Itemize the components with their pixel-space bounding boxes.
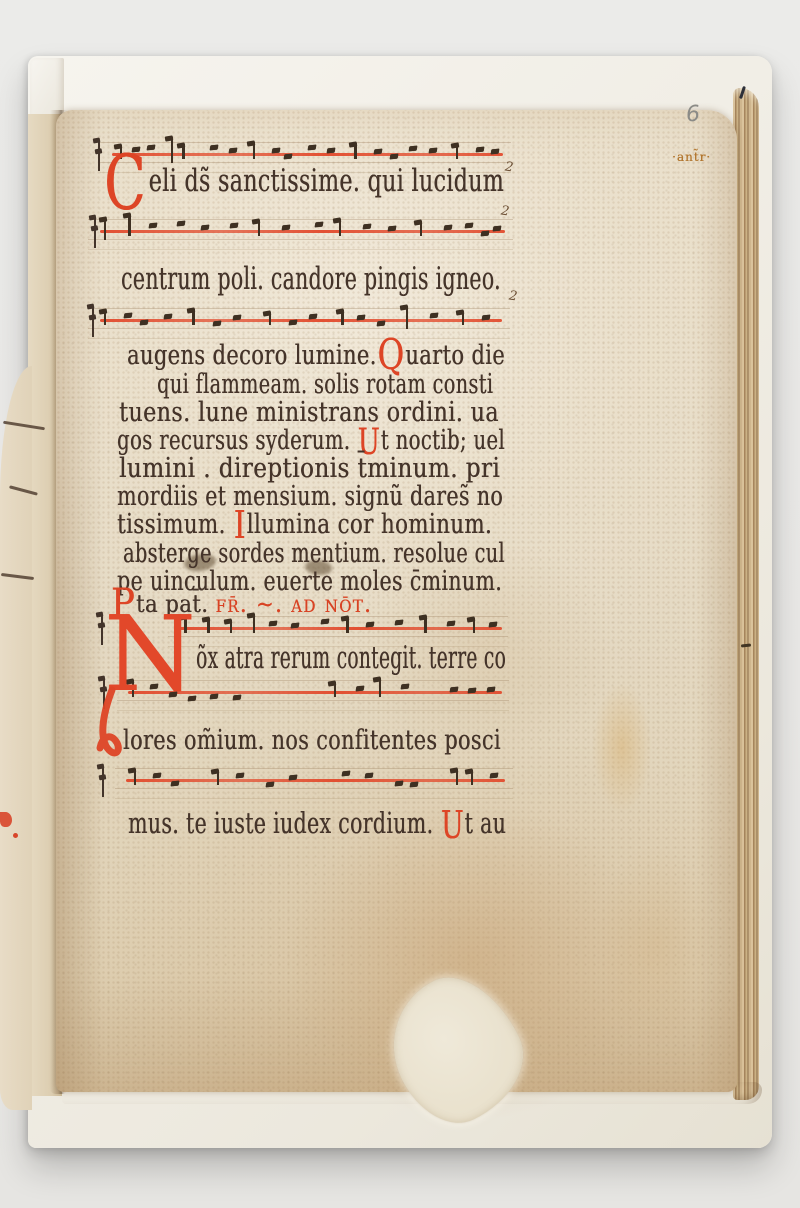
neume-punctum [409, 146, 418, 152]
neume-punctum [177, 221, 186, 227]
gothic-text: lores om̃ium. nos confitentes posci [123, 725, 501, 756]
neume-virga [341, 310, 343, 325]
neume-punctum [363, 224, 372, 230]
ruling-line [88, 308, 510, 309]
neume-punctum [152, 773, 161, 779]
text-line: mordiis et mensium. signũ dares̃ no [117, 481, 503, 512]
neume-virga [171, 137, 173, 163]
neume-punctum [487, 687, 496, 693]
fore-edge-ink-mark [739, 86, 746, 99]
gothic-text: eli ds̃ sanctissime. qui lucidum [149, 163, 504, 199]
gothic-text: llumina cor hominum. [247, 509, 492, 540]
neume-punctum [140, 320, 149, 326]
neume-virga [456, 769, 458, 785]
neume-punctum [314, 222, 323, 228]
neume-punctum [307, 145, 316, 151]
neume-punctum [289, 320, 298, 326]
gothic-text: absterge sordes mentium. resolue cul [123, 538, 505, 569]
neume-virga [253, 142, 255, 159]
custos-mark: 2 [508, 288, 518, 304]
ruling-line [115, 788, 513, 789]
text-line: mus. te iuste iudex cordium. Ut au [128, 806, 506, 840]
neume-virga [424, 616, 426, 633]
neume-virga [339, 219, 341, 236]
neume-punctum [171, 781, 180, 787]
rubric-text: fr̄. ∼. ad nōt. [215, 590, 372, 618]
neume-punctum [387, 226, 396, 232]
neume-virga [192, 309, 194, 325]
text-line: centrum poli. candore pingis igneo. [121, 261, 501, 297]
neume-virga [456, 144, 458, 159]
neume-punctum [447, 621, 456, 627]
ruling-line [88, 239, 513, 240]
text-line: lumini . direptionis t̄minum. pri [119, 453, 500, 484]
neume-punctum [449, 687, 458, 693]
neume-punctum [210, 694, 219, 700]
staff-red-line [178, 627, 502, 630]
fore-edge-ink-mark [741, 643, 751, 647]
neume-punctum [124, 313, 133, 319]
neume-punctum [327, 148, 336, 154]
text-line: lores om̃ium. nos confitentes posci [123, 725, 501, 756]
neume-punctum [284, 154, 293, 160]
neume-punctum [428, 148, 437, 154]
neume-virga [346, 617, 348, 633]
staff-red-line [126, 779, 505, 782]
neume-virga [207, 618, 209, 633]
neume-punctum [147, 145, 156, 151]
gothic-text: lumini . direptionis t̄minum. pri [119, 453, 500, 484]
ruling-line [100, 142, 511, 143]
text-line: õx atra rerum contegit. terre co [196, 640, 506, 676]
neume-virga [420, 221, 422, 236]
neume-punctum [489, 622, 498, 628]
gothic-text: õx atra rerum contegit. terre co [196, 640, 506, 676]
neume-punctum [320, 619, 329, 625]
neume-virga [104, 310, 106, 325]
neume-punctum [464, 223, 473, 229]
neume-punctum [489, 773, 498, 779]
neume-punctum [395, 620, 404, 626]
neume-punctum [410, 782, 419, 788]
neume-virga [471, 770, 473, 785]
neume-punctum [232, 315, 241, 321]
gothic-text: centrum poli. candore pingis igneo. [121, 261, 501, 297]
neume-punctum [377, 321, 386, 327]
neume-punctum [289, 775, 298, 781]
neume-punctum [209, 145, 218, 151]
neume-punctum [389, 154, 398, 160]
margin-annotation: ·ant̃r· [672, 150, 711, 164]
manuscript-photo: 6 ·ant̃r· 222Celi ds̃ sanctissime. qui l… [0, 0, 800, 1208]
text-line: tissimum. Illumina cor hominum. [117, 509, 492, 540]
ruling-line [88, 338, 510, 339]
text-line: Celi ds̃ sanctissime. qui lucidum [104, 163, 504, 199]
stray-pen-stroke [1, 573, 34, 580]
neume-punctum [212, 321, 221, 327]
neume-virga [406, 306, 408, 329]
gothic-text: uarto die [405, 340, 505, 371]
ruling-line [88, 249, 513, 250]
clef-mark [89, 214, 101, 256]
neume-punctum [492, 226, 501, 232]
neume-virga [462, 311, 464, 325]
gothic-text: t au [465, 806, 507, 840]
ruling-line [88, 328, 510, 329]
custos-mark: 2 [504, 159, 514, 175]
neume-punctum [482, 315, 491, 321]
large-initial-N: N [104, 614, 195, 695]
ruling-line [88, 219, 513, 220]
red-initial: U [441, 803, 464, 847]
text-line: augens decoro lumine.Quarto die [127, 340, 505, 371]
neume-virga [473, 618, 475, 633]
text-line: qui flammeam. solis rotam consti [157, 369, 493, 400]
text-line: tuens. lune ministrans ordini. ua [119, 397, 499, 428]
neume-punctum [401, 684, 410, 690]
neume-punctum [148, 223, 157, 229]
neume-virga [217, 770, 219, 785]
ruling-line [115, 798, 513, 799]
manuscript-content: 6 ·ant̃r· 222Celi ds̃ sanctissime. qui l… [0, 0, 800, 1208]
gothic-text: mordiis et mensium. signũ dares̃ no [117, 481, 503, 512]
neume-virga [182, 144, 184, 159]
red-initial: C [104, 138, 146, 227]
text-line: absterge sordes mentium. resolue cul [123, 538, 505, 569]
neume-punctum [356, 686, 365, 692]
text-line: gos recursus syderum. Ut noctib; uel [117, 425, 505, 456]
gothic-text: qui flammeam. solis rotam consti [157, 369, 493, 400]
staff-red-line [100, 319, 502, 322]
neume-punctum [366, 622, 375, 628]
neume-virga [258, 220, 260, 236]
neume-punctum [480, 231, 489, 237]
red-ink-fleck [13, 833, 18, 838]
neume-punctum [395, 781, 404, 787]
custos-mark: 2 [500, 203, 510, 219]
neume-punctum [475, 147, 484, 153]
neume-punctum [342, 771, 351, 777]
gothic-text: tissimum. [117, 509, 233, 540]
neume-punctum [364, 773, 373, 779]
neume-punctum [229, 223, 238, 229]
gothic-text: gos recursus syderum. [117, 425, 357, 456]
initial-flourish-tail [96, 688, 138, 772]
staff-red-line [100, 230, 505, 233]
neume-virga [269, 312, 271, 325]
neume-punctum [236, 773, 245, 779]
neume-punctum [232, 695, 241, 701]
stray-pen-stroke [3, 421, 45, 431]
neume-punctum [374, 149, 383, 155]
red-ink-fleck [0, 812, 12, 827]
gothic-text: tuens. lune ministrans ordini. ua [119, 397, 499, 428]
gothic-text: mus. te iuste iudex cordium. [128, 806, 440, 840]
neume-virga [334, 682, 336, 697]
ruling-line [168, 636, 508, 637]
gothic-text: augens decoro lumine. [127, 340, 377, 371]
neume-virga [379, 678, 381, 697]
neume-punctum [268, 621, 277, 627]
stray-pen-stroke [9, 485, 38, 495]
folio-number: 6 [685, 102, 701, 128]
gothic-text: t noctib; uel [381, 425, 505, 456]
neume-virga [354, 143, 356, 159]
neume-punctum [429, 313, 438, 319]
neume-punctum [266, 782, 275, 788]
clef-mark [87, 303, 99, 345]
neume-virga [230, 620, 232, 633]
neume-punctum [309, 314, 318, 320]
